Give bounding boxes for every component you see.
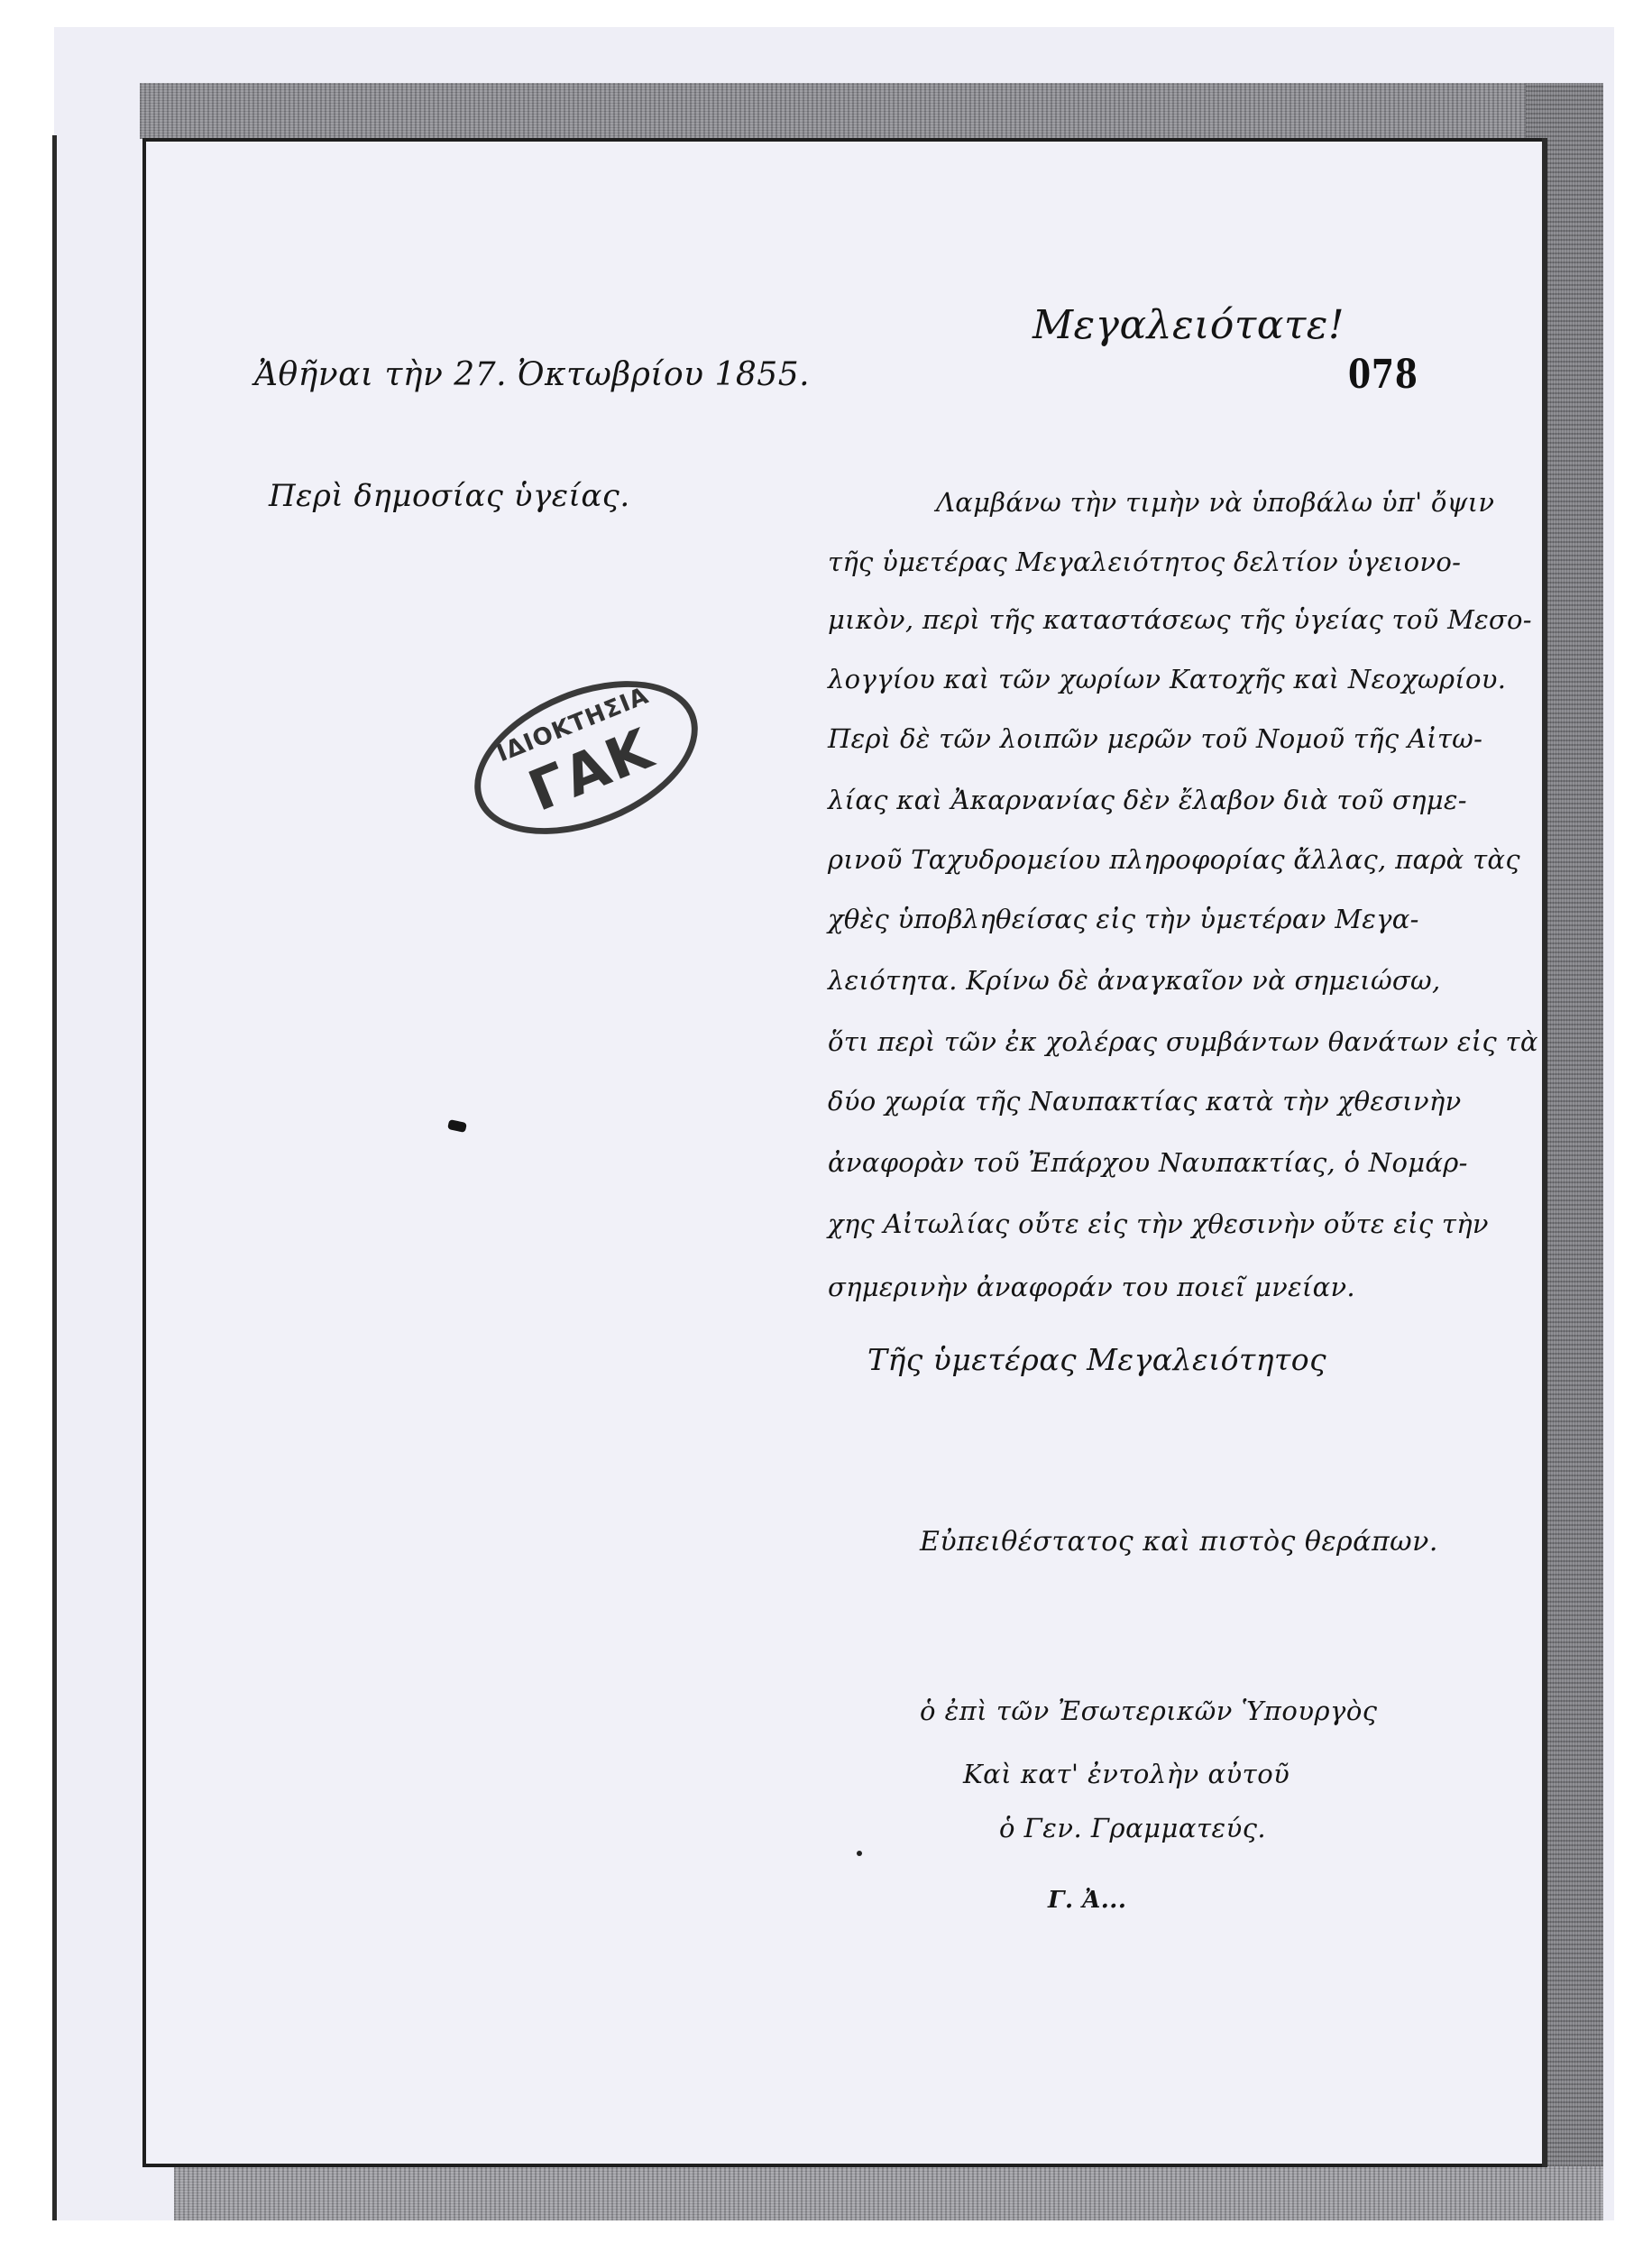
scan-edge-line [52, 135, 57, 2220]
body-line: ὅτι περὶ τῶν ἐκ χολέρας συμβάντων θανάτω… [828, 1026, 1538, 1057]
servant-line: Εὐπειθέστατος καὶ πιστὸς θεράπων. [920, 1526, 1438, 1558]
closing-line: Τῆς ὑμετέρας Μεγαλειότητος [867, 1342, 1326, 1377]
subject-line: Περὶ δημοσίας ὑγείας. [269, 478, 630, 514]
body-line: ἀναφορὰν τοῦ Ἐπάρχου Ναυπακτίας, ὁ Νομάρ… [828, 1147, 1468, 1178]
body-line: τῆς ὑμετέρας Μεγαλειότητος δελτίον ὑγειο… [828, 547, 1461, 577]
body-line: Περὶ δὲ τῶν λοιπῶν μερῶν τοῦ Νομοῦ τῆς Α… [828, 723, 1482, 754]
signature-mandate-line: Καὶ κατ' ἐντολὴν αὐτοῦ [963, 1759, 1289, 1789]
ink-dot-mark [857, 1851, 862, 1856]
signature-role-line: ὁ Γεν. Γραμματεύς. [999, 1813, 1266, 1843]
mount-frame-top [140, 83, 1574, 139]
body-line: δύο χωρία τῆς Ναυπακτίας κατὰ τὴν χθεσιν… [828, 1086, 1462, 1117]
paper-edge-shadow [1542, 138, 1547, 2167]
body-line: σημερινὴν ἀναφοράν του ποιεῖ μνείαν. [828, 1272, 1355, 1302]
body-line: ρινοῦ Ταχυδρομείου πληροφορίας ἄλλας, πα… [828, 844, 1520, 875]
body-line: λειότητα. Κρίνω δὲ ἀναγκαῖον νὰ σημειώσω… [828, 965, 1440, 996]
body-line: χης Αἰτωλίας οὔτε εἰς τὴν χθεσινὴν οὔτε … [828, 1209, 1489, 1239]
signature: Γ. Ἀ... [1048, 1887, 1126, 1914]
body-line: μικὸν, περὶ τῆς καταστάσεως τῆς ὑγείας τ… [828, 604, 1532, 635]
mount-frame-bottom [174, 2166, 1603, 2220]
body-line: χθὲς ὑποβληθείσας εἰς τὴν ὑμετέραν Μεγα- [828, 904, 1419, 934]
salutation: Μεγαλειότατε! [1032, 302, 1345, 348]
dateline: Ἀθῆναι τὴν 27. Ὀκτωβρίου 1855. [254, 356, 810, 393]
signature-title-line: ὁ ἐπὶ τῶν Ἐσωτερικῶν Ὑπουργὸς [920, 1696, 1378, 1726]
body-line: Λαμβάνω τὴν τιμὴν νὰ ὑποβάλω ὑπ' ὄψιν [936, 487, 1494, 518]
body-line: λίας καὶ Ἀκαρνανίας δὲν ἔλαβον διὰ τοῦ σ… [828, 785, 1467, 815]
body-line: λογγίου καὶ τῶν χωρίων Κατοχῆς καὶ Νεοχω… [828, 664, 1506, 694]
document-number: 078 [1348, 352, 1418, 398]
